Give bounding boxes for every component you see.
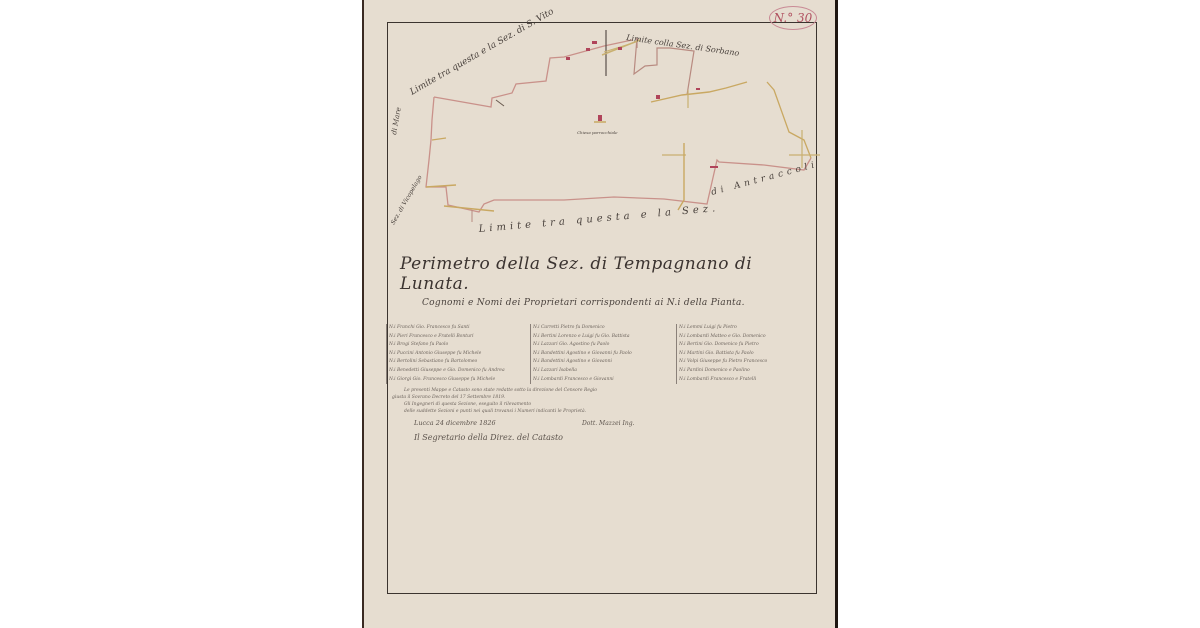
owner-entry: N.i Lombardi Matteo e Gio. Domenico — [679, 333, 819, 342]
perimeter-map: Limite tra questa e la Sez. di S. Vito L… — [364, 0, 840, 250]
owner-entry: N.i Puccini Antonio Giuseppe fu Michele — [389, 350, 529, 359]
owner-entry: N.i Franchi Gio. Francesco fu Santi — [389, 324, 529, 333]
owner-entry: N.i Martini Gio. Battista fu Paolo — [679, 350, 819, 359]
owner-entry: N.i Volpi Giuseppe fu Pietro Francesco — [679, 358, 819, 367]
church-label: Chiesa parrocchiale — [577, 130, 618, 135]
owner-entry: N.i Carretti Pietro fu Domenico — [533, 324, 673, 333]
owner-entry: N.i Lazzari Isabella — [533, 367, 673, 376]
boundary-label-top-right: Limite colla Sez. di Sorbano — [625, 33, 740, 58]
owner-entry: N.i Pieri Francesco e Fratelli Bonturi — [389, 333, 529, 342]
engineer-signature: Dott. Mazzei Ing. — [582, 420, 634, 427]
owner-entry: N.i Bertini Lorenzo e Luigi fu Gio. Batt… — [533, 333, 673, 342]
owner-entry: N.i Bandettini Agostino e Giovanni fu Pa… — [533, 350, 673, 359]
building-marker — [592, 41, 597, 44]
boundary-label-bottom: Limite tra questa e la Sez. — [477, 203, 719, 235]
owner-entry: N.i Lombardi Francesco e Fratelli — [679, 376, 819, 385]
owner-entry: N.i Benedetti Giuseppe e Gio. Domenico f… — [389, 367, 529, 376]
note-line-2: giusta il Sovrano Decreto del 17 Settemb… — [392, 395, 692, 400]
boundary-label-left-lower: Sez. di Vicopelago — [390, 174, 424, 226]
owner-entry: N.i Giorgi Gio. Francesco Giuseppe fu Mi… — [389, 376, 529, 385]
boundary-label-top-left: Limite tra questa e la Sez. di S. Vito — [408, 7, 557, 99]
document-title: Perimetro della Sez. di Tempagnano di Lu… — [400, 254, 820, 294]
map-sheet: N.° 30 Limite tra questa e la Se — [362, 0, 838, 628]
owner-entry: N.i Lazzari Gio. Agostino fu Paolo — [533, 341, 673, 350]
owners-column-2: N.i Carretti Pietro fu Domenico N.i Bert… — [530, 324, 673, 384]
document-subtitle: Cognomi e Nomi dei Proprietari corrispon… — [422, 298, 822, 308]
note-line-1: Le presenti Mappe e Catasto sono state r… — [404, 388, 704, 393]
owner-entry: N.i Bertolini Sebastiano fu Bartolomeo — [389, 358, 529, 367]
owner-entry: N.i Bertini Gio. Domenico fu Pietro — [679, 341, 819, 350]
church-marker — [598, 115, 602, 121]
owner-entry: N.i Bandettini Agostino e Giovanni — [533, 358, 673, 367]
owner-entry: N.i Brogi Stefano fu Paolo — [389, 341, 529, 350]
perimeter-boundary — [434, 40, 632, 107]
owner-entry: N.i Pardini Domenico e Paolino — [679, 367, 819, 376]
boundary-label-left: di Mare — [390, 107, 403, 136]
owners-column-1: N.i Franchi Gio. Francesco fu Santi N.i … — [386, 324, 529, 384]
note-line-3: Gli Ingegneri di questa Sezione, eseguit… — [404, 402, 704, 407]
owner-entry: N.i Lombardi Francesco e Giovanni — [533, 376, 673, 385]
issuing-office: Il Segretario della Direz. del Catasto — [414, 433, 563, 442]
note-line-4: delle suddette Sezioni e punti nei quali… — [404, 409, 704, 414]
place-and-date: Lucca 24 dicembre 1826 — [414, 419, 496, 427]
owner-entry: N.i Lemmi Luigi fu Pietro — [679, 324, 819, 333]
owners-column-3: N.i Lemmi Luigi fu Pietro N.i Lombardi M… — [676, 324, 819, 384]
